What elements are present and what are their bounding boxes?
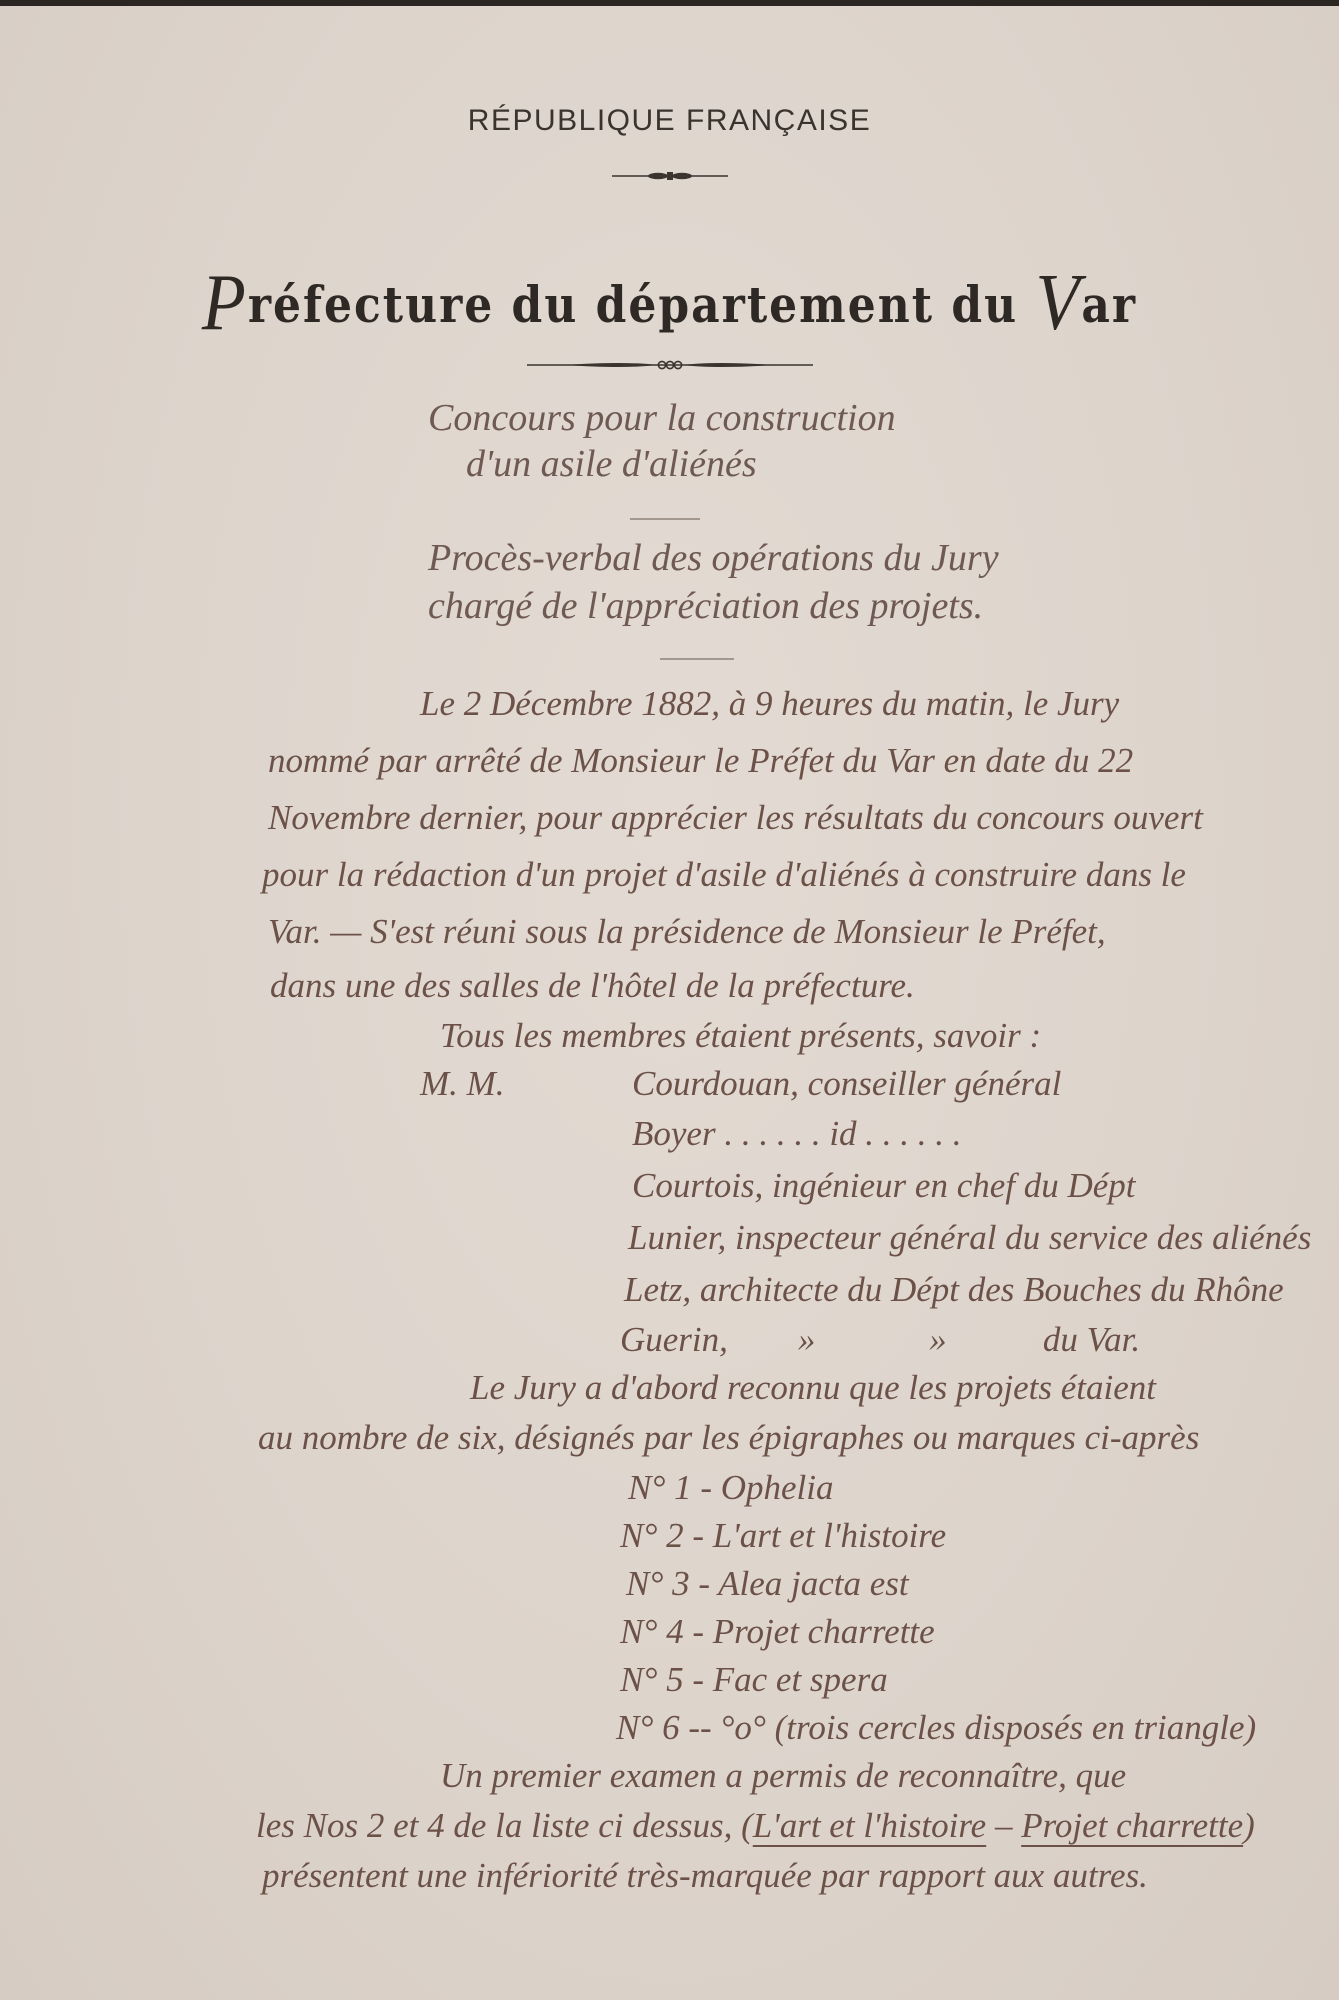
project-epigraph: Fac et spera <box>713 1660 888 1699</box>
project-epigraph: L'art et l'histoire <box>713 1516 946 1555</box>
project-item: N° 3 - Alea jacta est <box>626 1564 909 1604</box>
body-line: Le Jury a d'abord reconnu que les projet… <box>470 1368 1156 1408</box>
body-text: – <box>986 1806 1021 1845</box>
ornament-divider-icon <box>610 170 730 182</box>
separator-squiggle <box>630 512 700 520</box>
project-epigraph: Projet charrette <box>713 1612 935 1651</box>
header-prefecture-title: Préfecture du département du Var <box>0 256 1339 349</box>
project-number: N° 3 <box>626 1564 690 1603</box>
member-item: Lunier, inspecteur général du service de… <box>628 1218 1311 1258</box>
project-number: N° 1 <box>628 1468 692 1507</box>
var-initial: V <box>1035 257 1081 347</box>
project-separator: - <box>684 1516 713 1555</box>
project-item: N° 2 - L'art et l'histoire <box>620 1516 946 1556</box>
subtitle-line-4: chargé de l'appréciation des projets. <box>428 584 983 628</box>
body-line: nommé par arrêté de Monsieur le Préfet d… <box>268 741 1133 781</box>
project-separator: - <box>684 1660 713 1699</box>
project-item: N° 4 - Projet charrette <box>620 1612 935 1652</box>
project-item: N° 1 - Ophelia <box>628 1468 834 1508</box>
member-item: Letz, architecte du Dépt des Bouches du … <box>624 1270 1284 1310</box>
body-text: les Nos 2 et 4 de la liste ci dessus, ( <box>256 1806 753 1845</box>
body-line: dans une des salles de l'hôtel de la pré… <box>270 966 915 1006</box>
prefecture-text: réfecture du département du <box>248 277 1036 334</box>
members-intro: Tous les membres étaient présents, savoi… <box>440 1016 1041 1056</box>
member-item: Guerin, » » du Var. <box>620 1320 1140 1360</box>
project-epigraph: °o° (trois cercles disposés en triangle) <box>720 1708 1256 1747</box>
member-item: Boyer . . . . . . id . . . . . . <box>632 1114 962 1154</box>
body-line: Un premier examen a permis de reconnaîtr… <box>440 1756 1126 1796</box>
member-item: Courtois, ingénieur en chef du Dépt <box>632 1166 1136 1206</box>
project-item: N° 5 - Fac et spera <box>620 1660 888 1700</box>
body-line: Le 2 Décembre 1882, à 9 heures du matin,… <box>420 684 1119 724</box>
project-number: N° 4 <box>620 1612 684 1651</box>
subtitle-line-1: Concours pour la construction <box>428 396 896 440</box>
subtitle-line-3: Procès-verbal des opérations du Jury <box>428 536 999 580</box>
ornament-divider-icon <box>525 358 815 372</box>
body-text: ) <box>1243 1806 1255 1845</box>
body-line: Var. — S'est réuni sous la présidence de… <box>268 912 1106 952</box>
project-separator: -- <box>680 1708 721 1747</box>
project-number: N° 5 <box>620 1660 684 1699</box>
body-line: présentent une infériorité très-marquée … <box>262 1856 1148 1896</box>
header-republique: RÉPUBLIQUE FRANÇAISE <box>0 104 1339 138</box>
members-prefix: M. M. <box>420 1064 505 1104</box>
project-item: N° 6 -- °o° (trois cercles disposés en t… <box>616 1708 1256 1748</box>
project-separator: - <box>684 1612 713 1651</box>
underlined-epigraph: L'art et l'histoire <box>753 1806 986 1845</box>
project-separator: - <box>690 1564 719 1603</box>
project-separator: - <box>692 1468 721 1507</box>
body-line: pour la rédaction d'un projet d'asile d'… <box>262 855 1186 895</box>
body-line: les Nos 2 et 4 de la liste ci dessus, (L… <box>256 1806 1255 1846</box>
body-line: Novembre dernier, pour apprécier les rés… <box>268 798 1203 838</box>
member-item: Courdouan, conseiller général <box>632 1064 1061 1104</box>
project-number: N° 2 <box>620 1516 684 1555</box>
prefecture-initial: P <box>202 257 248 347</box>
project-epigraph: Alea jacta est <box>718 1564 909 1603</box>
body-line: au nombre de six, désignés par les épigr… <box>258 1418 1199 1458</box>
document-page: RÉPUBLIQUE FRANÇAISE Préfecture du dépar… <box>0 0 1339 2000</box>
var-text: ar <box>1081 277 1137 334</box>
project-number: N° 6 <box>616 1708 680 1747</box>
separator-squiggle <box>660 652 734 660</box>
project-epigraph: Ophelia <box>721 1468 834 1507</box>
subtitle-line-2: d'un asile d'aliénés <box>466 442 757 486</box>
underlined-epigraph: Projet charrette <box>1021 1806 1243 1845</box>
